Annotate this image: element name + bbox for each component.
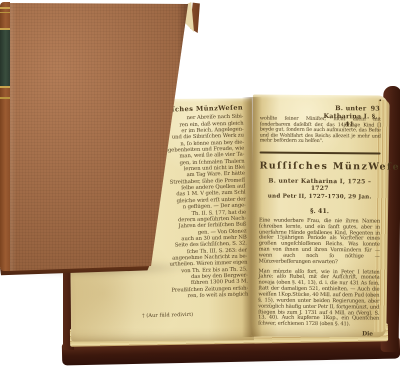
spine-gilt-band-2 [0, 12, 10, 13]
rule-dot: • [378, 98, 382, 105]
page-number: 93 [371, 104, 380, 112]
spine-title-label [0, 28, 10, 88]
catchword: Die [258, 331, 379, 338]
section-mark: §. 41. [259, 206, 380, 215]
gutter-shadow [242, 97, 262, 337]
photo-of-antique-books: ſiſches MünzWeſen ner Abreiſe nach Sibi-… [0, 0, 400, 368]
section-rule: • [260, 151, 381, 154]
subheading-line2: und Petr II, 1727-1730, 29 Jan. [259, 193, 380, 200]
section-heading: Ruſſiſches MünzWeſen [259, 161, 380, 173]
paragraph-2: Man münzte alſo fort, wie in Peter I let… [258, 269, 380, 328]
right-page-running-header: B. unter Katharina I. §. 41. 93 [260, 103, 381, 113]
right-page-text: B. unter Katharina I. §. 41. 93 wohllte … [258, 103, 381, 337]
spine-gilt-band-1 [0, 7, 10, 9]
subheading-line1: B. unter Katharina I, 1725 – 1727 [259, 178, 380, 193]
paragraph-1: Eine wunderbare Frau, die nie ihren Name… [259, 218, 380, 266]
spine-gilt-band-3 [0, 97, 10, 99]
